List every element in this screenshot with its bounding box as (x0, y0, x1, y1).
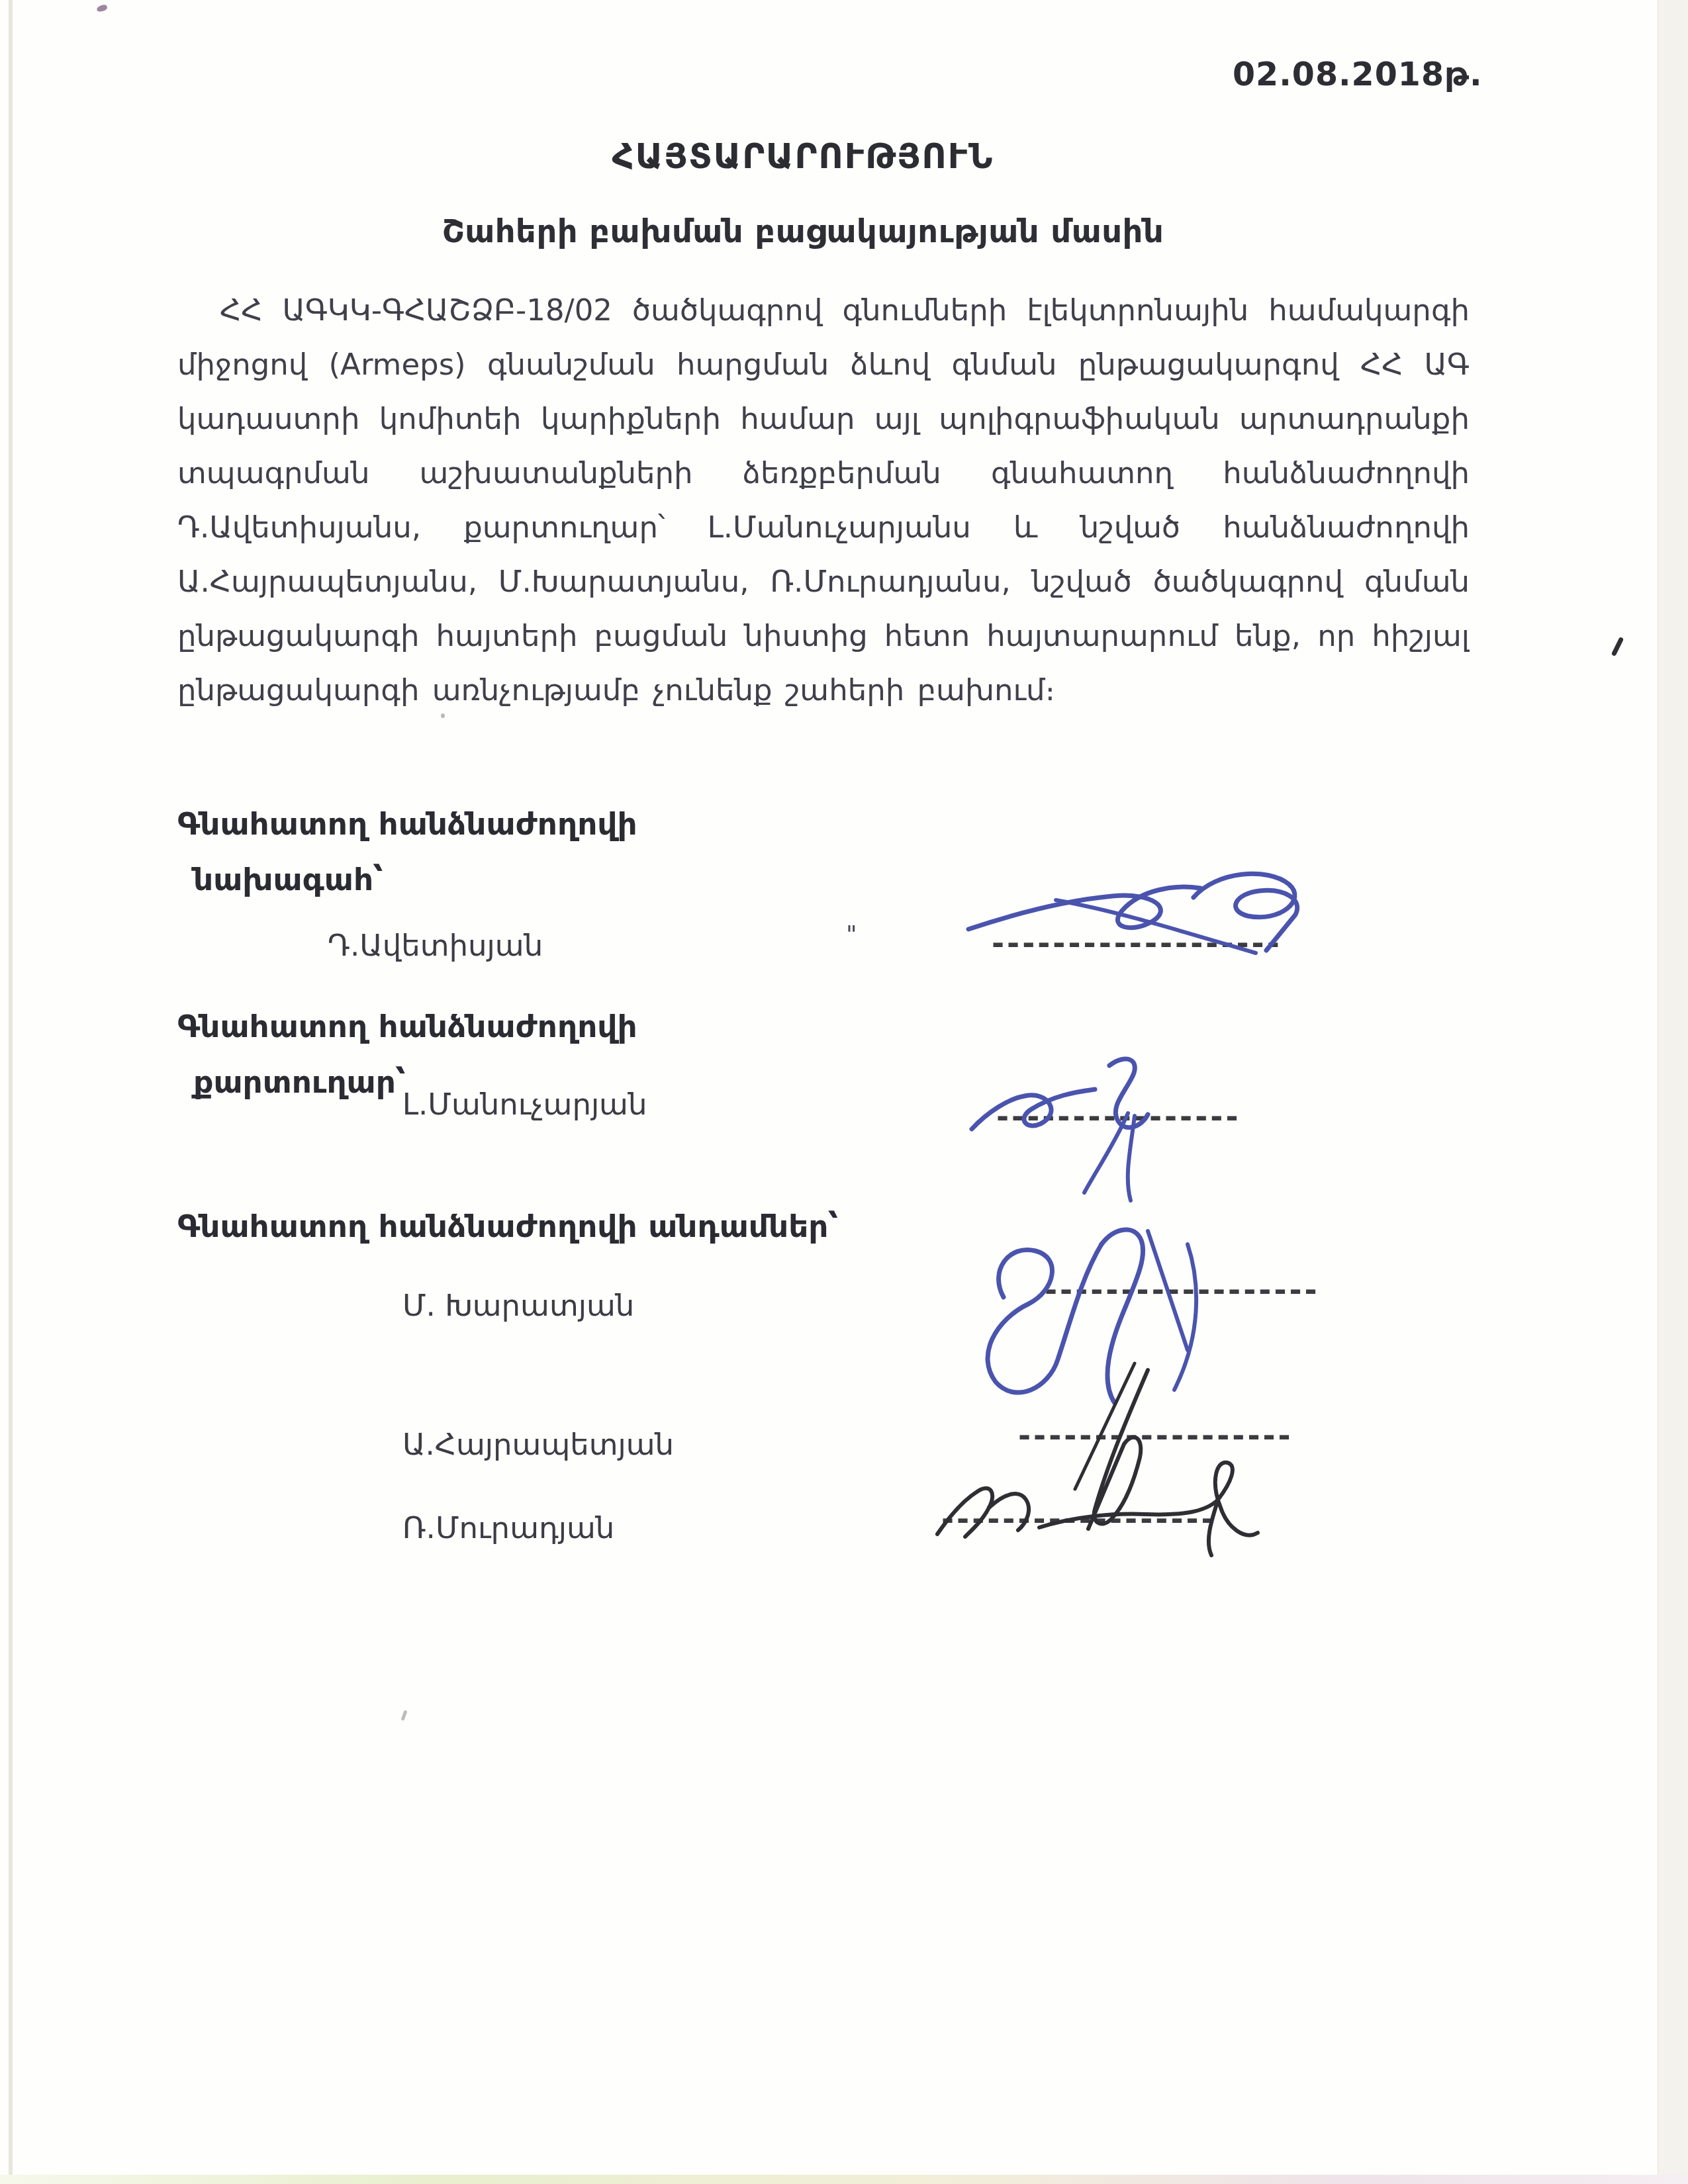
paragraph-line: Ա.Հայրապետյանս, Մ.Խարատյանս, Ռ.Մուրադյան… (177, 555, 1470, 609)
name-hayrapetyan: Ա.Հայրապետյան (402, 1427, 674, 1462)
signature-avetisyan (957, 866, 1327, 965)
signature-muradyan (925, 1453, 1276, 1572)
paragraph-line: տպագրման աշխատանքների ձեռքբերման գնահատո… (177, 446, 1470, 500)
scan-bottom-edge (0, 2175, 1688, 2184)
paragraph-line: կադաստրի կոմիտեի կարիքների համար այլ պոլ… (177, 392, 1470, 446)
paragraph-line: ընթացակարգի առնչությամբ չունենք շահերի բ… (177, 663, 1470, 717)
role-chairman-line1: Գնահատող հանձնաժողովի (177, 806, 637, 842)
paragraph-line: միջոցով (Armeps) գնանշման հարցման ձևով գ… (177, 338, 1470, 392)
paragraph-line: Դ.Ավետիսյանս, քարտուղար՝ Լ.Մանուչարյանս … (177, 500, 1470, 555)
paragraph-line: ՀՀ ԱԳԿԿ-ԳՀԱՇՁԲ-18/02 ծածկագրով գնումների… (177, 283, 1470, 338)
scan-speck (96, 4, 108, 13)
scan-right-edge (1658, 0, 1688, 2184)
role-secretary-line2: քարտուղար՝ (193, 1064, 406, 1101)
name-muradyan: Ռ.Մուրադյան (402, 1510, 614, 1545)
declaration-paragraph: ՀՀ ԱԳԿԿ-ԳՀԱՇՁԲ-18/02 ծածկագրով գնումների… (177, 283, 1470, 717)
scan-left-edge (9, 0, 13, 2184)
role-chairman-line2: նախագահ՝ (193, 862, 383, 898)
document-date: 02.08.2018թ. (1233, 56, 1483, 93)
name-manucharyan: Լ.Մանուչարյան (402, 1087, 647, 1122)
name-kharatyan: Մ. Խարատյան (402, 1288, 634, 1323)
paragraph-line: ընթացակարգի հայտերի բացման նիստից հետո հ… (177, 609, 1470, 663)
role-secretary-line1: Գնահատող հանձնաժողովի (177, 1009, 637, 1045)
document-subtitle: Շահերի բախման բացակայության մասին (177, 213, 1429, 250)
scan-apostrophe-mark (1611, 637, 1624, 657)
scanned-declaration-page: 02.08.2018թ. ՀԱՅՏԱՐԱՐՈՒԹՅՈՒՆ Շահերի բախմ… (0, 0, 1688, 2184)
role-members: Գնահատող հանձնաժողովի անդամներ՝ (177, 1208, 838, 1245)
signature-manucharyan (961, 1050, 1186, 1215)
document-title: ՀԱՅՏԱՐԱՐՈՒԹՅՈՒՆ (177, 138, 1429, 177)
stray-quote-mark: " (846, 921, 857, 948)
scan-tick (400, 1710, 407, 1721)
name-avetisyan: Դ.Ավետիսյան (328, 928, 543, 963)
